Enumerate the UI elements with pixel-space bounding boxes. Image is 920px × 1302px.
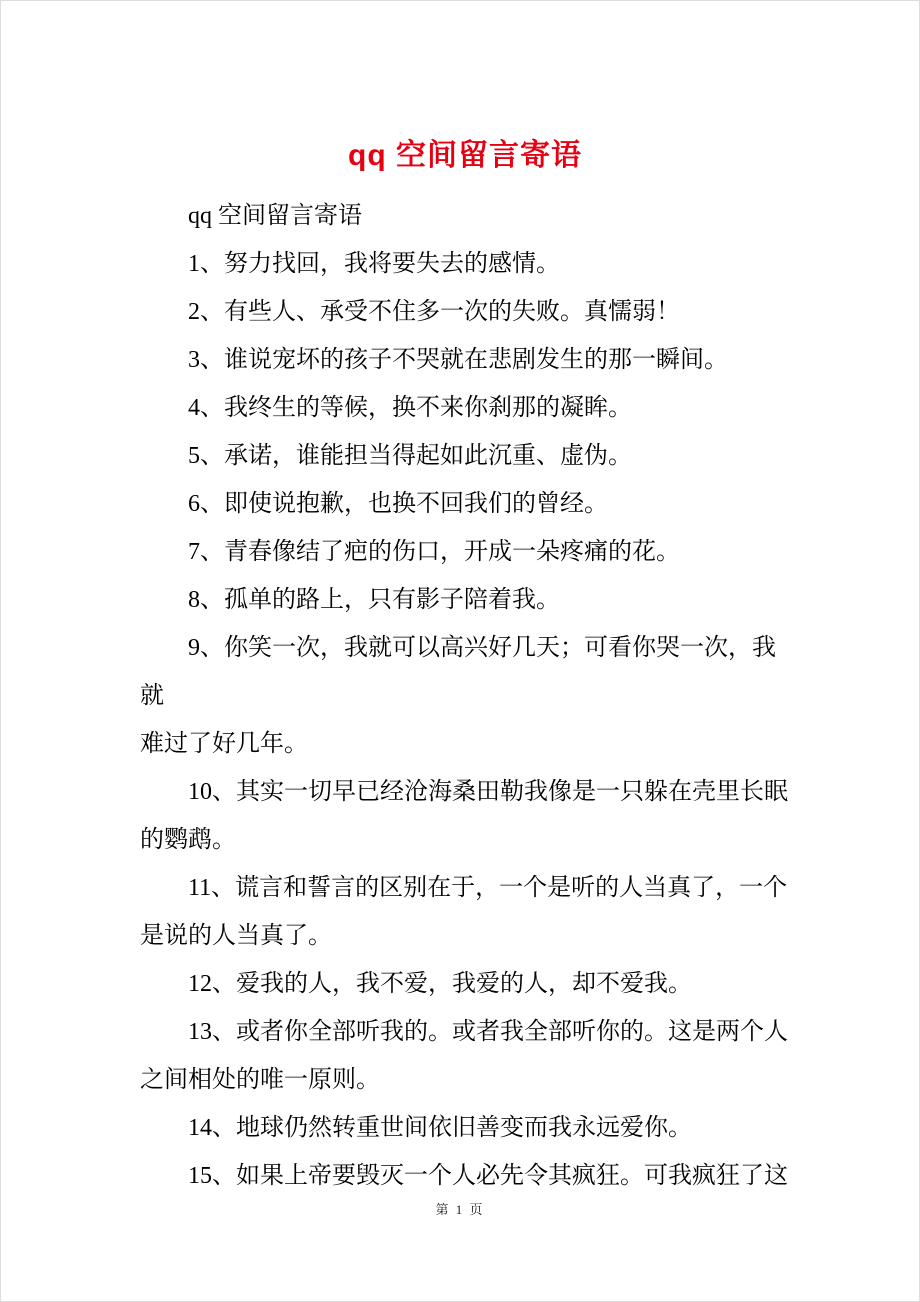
paragraph: 3、谁说宠坏的孩子不哭就在悲剧发生的那一瞬间。 — [140, 336, 790, 384]
paragraph: 9、你笑一次，我就可以高兴好几天；可看你哭一次，我就 难过了好几年。 — [140, 624, 790, 768]
document-title: qq 空间留言寄语 — [140, 0, 790, 176]
paragraph: 2、有些人、承受不住多一次的失败。真懦弱！ — [140, 288, 790, 336]
paragraph: 7、青春像结了疤的伤口，开成一朵疼痛的花。 — [140, 528, 790, 576]
document-body: qq 空间留言寄语 1、努力找回，我将要失去的感情。 2、有些人、承受不住多一次… — [140, 192, 790, 1200]
paragraph-list: 1、努力找回，我将要失去的感情。 2、有些人、承受不住多一次的失败。真懦弱！ 3… — [140, 240, 790, 1200]
paragraph: 1、努力找回，我将要失去的感情。 — [140, 240, 790, 288]
paragraph: 8、孤单的路上，只有影子陪着我。 — [140, 576, 790, 624]
page-number: 第 1 页 — [435, 1202, 484, 1217]
document-page: qq 空间留言寄语 qq 空间留言寄语 1、努力找回，我将要失去的感情。 2、有… — [0, 0, 920, 1302]
paragraph: 4、我终生的等候，换不来你刹那的凝眸。 — [140, 384, 790, 432]
paragraph: 12、爱我的人，我不爱，我爱的人，却不爱我。 — [140, 960, 790, 1008]
paragraph: 6、即使说抱歉，也换不回我们的曾经。 — [140, 480, 790, 528]
page-footer: 第 1 页 — [0, 1199, 920, 1218]
paragraph: 15、如果上帝要毁灭一个人必先令其疯狂。可我疯狂了这 — [140, 1152, 790, 1200]
paragraph: 11、谎言和誓言的区别在于，一个是听的人当真了，一个 是说的人当真了。 — [140, 864, 790, 960]
paragraph: 10、其实一切早已经沧海桑田勒我像是一只躲在壳里长眠 的鹦鹉。 — [140, 768, 790, 864]
paragraph: 14、地球仍然转重世间依旧善变而我永远爱你。 — [140, 1104, 790, 1152]
lead-paragraph: qq 空间留言寄语 — [140, 192, 790, 240]
paragraph: 5、承诺，谁能担当得起如此沉重、虚伪。 — [140, 432, 790, 480]
paragraph: 13、或者你全部听我的。或者我全部听你的。这是两个人 之间相处的唯一原则。 — [140, 1008, 790, 1104]
